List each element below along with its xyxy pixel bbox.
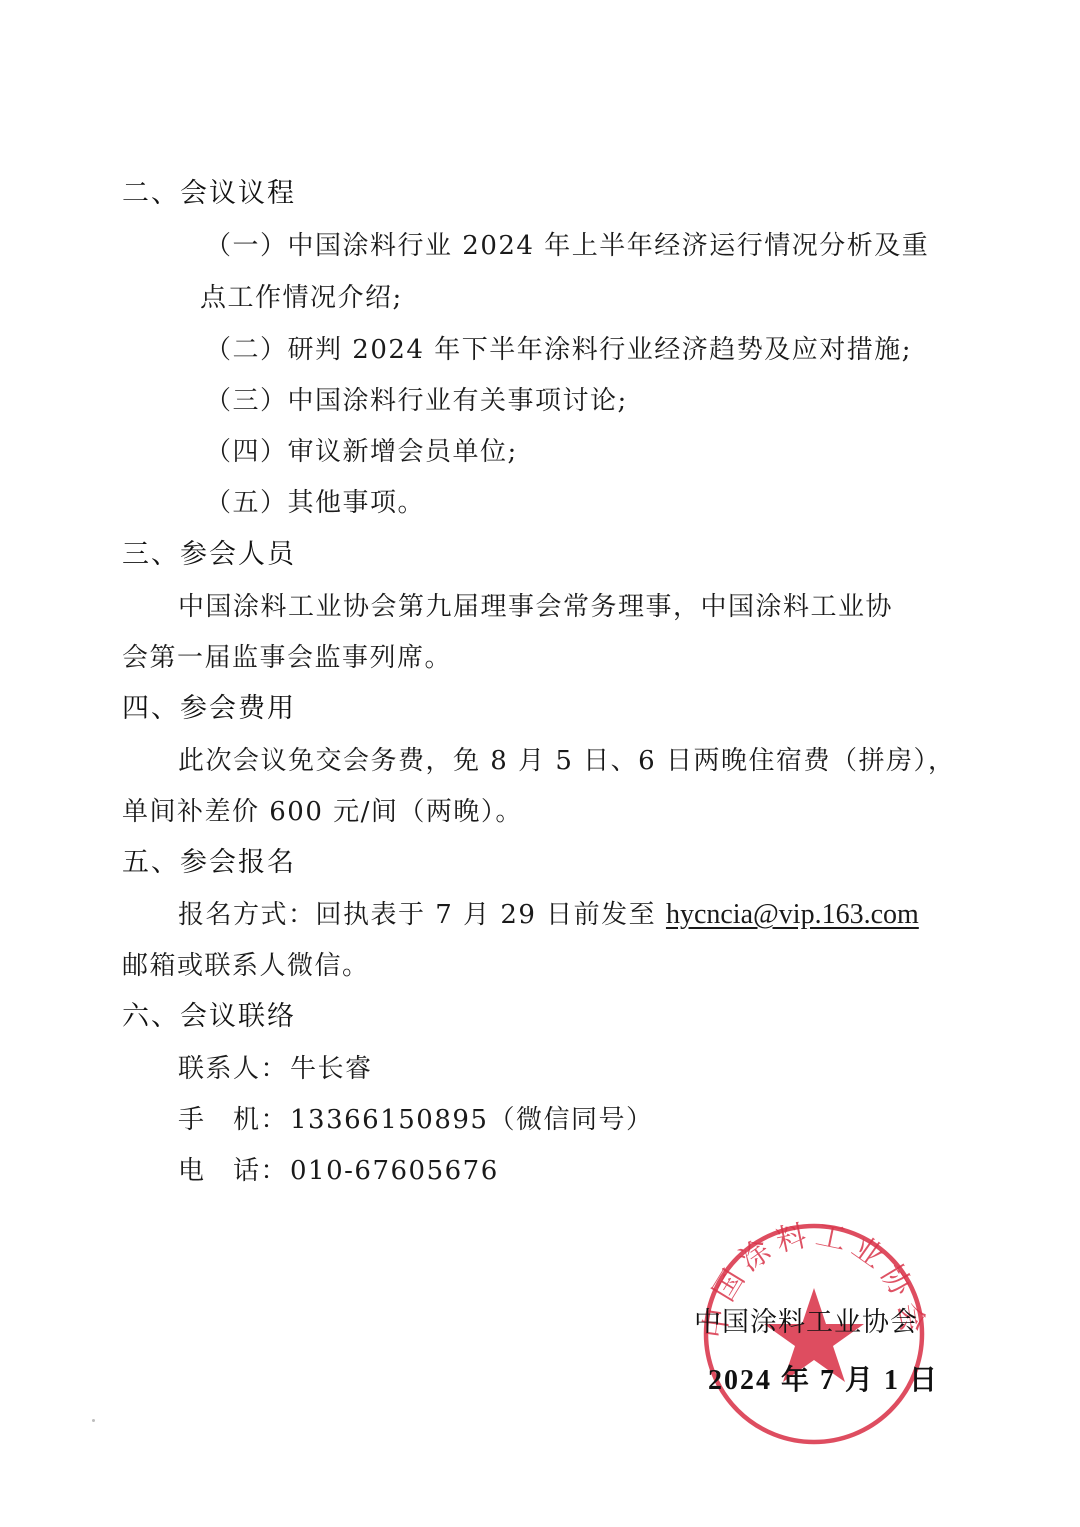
agenda-item-3: （三）中国涂料行业有关事项讨论; [205, 383, 628, 419]
agenda-item-label: （三） [205, 386, 288, 416]
attendees-paragraph-line2: 会第一届监事会监事列席。 [122, 640, 452, 676]
agenda-item-label: （四） [205, 437, 288, 467]
agenda-item-text: 研判 2024 年下半年涂料行业经济趋势及应对措施; [288, 335, 912, 365]
email-link[interactable]: hycncia@vip.163.com [666, 899, 919, 930]
contact-label: 电 话： [178, 1153, 290, 1189]
registration-paragraph-line1: 报名方式：回执表于 7 月 29 日前发至 hycncia@vip.163.co… [178, 897, 919, 933]
section-heading-contact: 六、会议联络 [122, 999, 296, 1035]
agenda-item-label: （五） [205, 488, 288, 518]
section-heading-agenda: 二、会议议程 [122, 176, 296, 212]
contact-label: 手 机： [178, 1102, 290, 1138]
agenda-item-1-line2: 点工作情况介绍; [200, 280, 403, 316]
agenda-item-text: 其他事项。 [288, 488, 426, 518]
agenda-item-2: （二）研判 2024 年下半年涂料行业经济趋势及应对措施; [205, 332, 912, 368]
agenda-item-4: （四）审议新增会员单位; [205, 434, 518, 470]
contact-person-row: 联系人：牛长睿 [178, 1051, 373, 1087]
contact-value: 010-67605676 [290, 1156, 499, 1186]
contact-value: 牛长睿 [290, 1054, 373, 1084]
fees-paragraph-line2: 单间补差价 600 元/间（两晚）。 [122, 794, 523, 830]
registration-text: 报名方式：回执表于 7 月 29 日前发至 [178, 900, 666, 930]
attendees-paragraph-line1: 中国涂料工业协会第九届理事会常务理事，中国涂料工业协 [178, 589, 893, 625]
section-heading-attendees: 三、参会人员 [122, 537, 296, 573]
agenda-item-label: （一） [205, 231, 288, 261]
agenda-item-text: 中国涂料行业 2024 年上半年经济运行情况分析及重 [288, 231, 930, 261]
signature-organization: 中国涂料工业协会 [694, 1305, 918, 1341]
contact-phone-row: 电 话：010-67605676 [178, 1153, 499, 1189]
signature-date: 2024 年 7 月 1 日 [708, 1363, 939, 1399]
fees-paragraph-line1: 此次会议免交会务费，免 8 月 5 日、6 日两晚住宿费（拼房）， [178, 743, 955, 779]
contact-label: 联系人： [178, 1051, 290, 1087]
contact-value: 13366150895（微信同号） [290, 1105, 653, 1135]
registration-paragraph-line2: 邮箱或联系人微信。 [122, 948, 370, 984]
agenda-item-text: 中国涂料行业有关事项讨论; [288, 386, 628, 416]
agenda-item-5: （五）其他事项。 [205, 485, 425, 521]
document-page: 二、会议议程 （一）中国涂料行业 2024 年上半年经济运行情况分析及重 点工作… [0, 0, 1080, 1527]
section-heading-fees: 四、参会费用 [122, 691, 296, 727]
agenda-item-1-line1: （一）中国涂料行业 2024 年上半年经济运行情况分析及重 [205, 228, 929, 264]
agenda-item-label: （二） [205, 335, 288, 365]
section-heading-registration: 五、参会报名 [122, 845, 296, 881]
scan-artifact [92, 1419, 95, 1422]
contact-mobile-row: 手 机：13366150895（微信同号） [178, 1102, 653, 1138]
agenda-item-text: 审议新增会员单位; [288, 437, 518, 467]
